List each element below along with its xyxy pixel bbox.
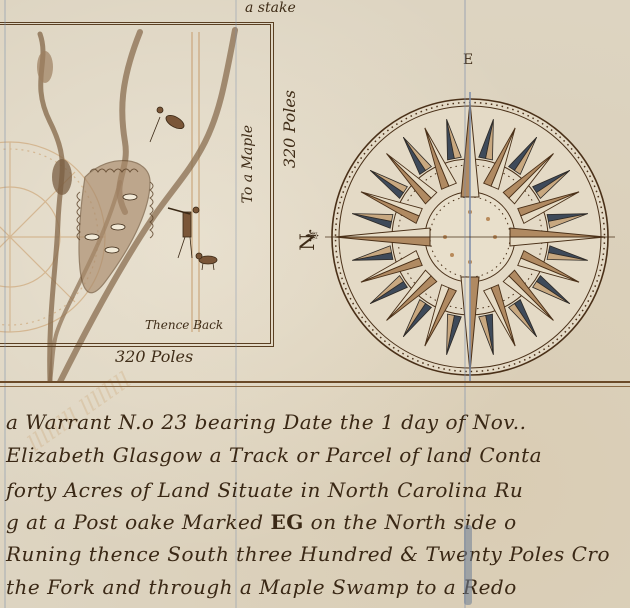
section-divider (0, 381, 630, 387)
deed-line-1: a Warrant N.o 23 bearing Date the 1 day … (6, 410, 526, 434)
compass-rose-icon (325, 92, 615, 382)
plat-boundary (0, 22, 274, 347)
label-bottom-320-poles: 320 Poles (115, 347, 193, 366)
blue-smudge (464, 525, 472, 605)
deed-line-4-pre: g at a Post oake Marked (6, 510, 270, 534)
label-right-320-poles: 320 Poles (280, 90, 299, 168)
label-top-stake: a stake (245, 0, 296, 16)
deed-line-4-post: on the North side o (304, 510, 517, 534)
corner-mark-eg: EG (270, 510, 303, 534)
label-thence-back: Thence Back (145, 318, 223, 332)
deed-line-6: the Fork and through a Maple Swamp to a … (6, 575, 517, 599)
deed-line-5: Runing thence South three Hundred & Twen… (6, 542, 610, 566)
label-to-a-maple: To a Maple (240, 125, 256, 203)
deed-line-4: g at a Post oake Marked EG on the North … (6, 510, 517, 534)
fleur-de-lis-icon: ⚜ (303, 227, 324, 243)
deed-line-2: Elizabeth Glasgow a Track or Parcel of l… (6, 443, 542, 467)
deed-line-3: forty Acres of Land Situate in North Car… (6, 478, 523, 502)
